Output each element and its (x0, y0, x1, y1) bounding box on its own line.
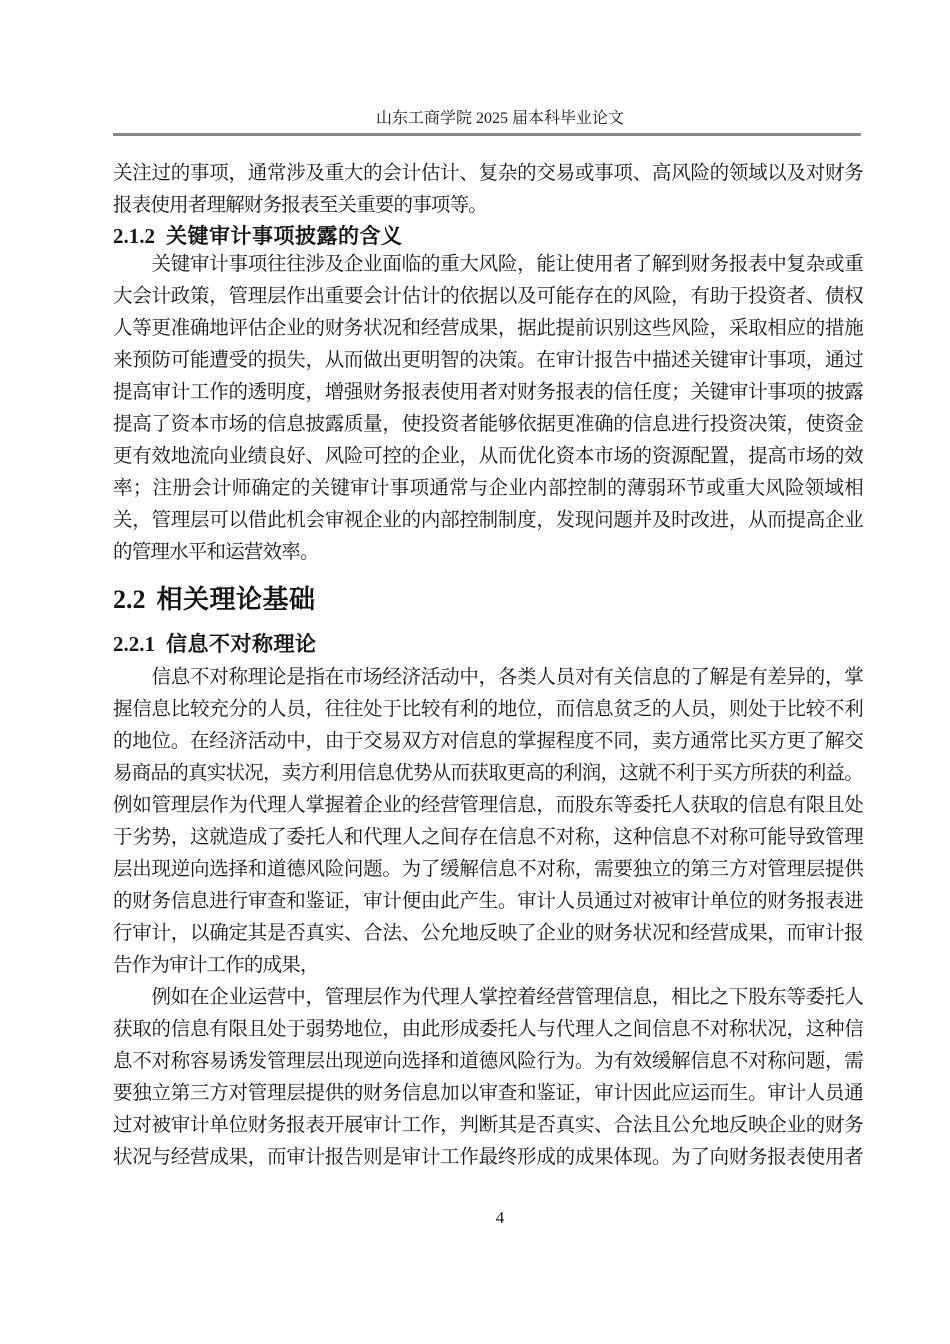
heading-2-2: 2.2相关理论基础 (113, 582, 863, 617)
text-line: 的地位。在经济活动中，由于交易双方对信息的掌握程度不同，卖方通常比买方更了解交 (113, 726, 863, 758)
text-line: 关键审计事项往往涉及企业面临的重大风险，能让使用者了解到财务报表中复杂或重 (113, 249, 863, 281)
paragraph-info-asymmetry-1: 信息不对称理论是指在市场经济活动中，各类人员对有关信息的了解是有差异的，掌握信息… (113, 662, 863, 982)
text-line: 告作为审计工作的成果， (113, 950, 863, 982)
paragraph-info-asymmetry-2: 例如在企业运营中，管理层作为代理人掌控着经营管理信息，相比之下股东等委托人获取的… (113, 982, 863, 1174)
text-line: 握信息比较充分的人员，往往处于比较有利的地位，而信息贫乏的人员，则处于比较不利 (113, 694, 863, 726)
heading-2-2-1-number: 2.2.1 (113, 632, 155, 656)
heading-2-2-1: 2.2.1信息不对称理论 (113, 630, 863, 659)
text-line: 层出现逆向选择和道德风险问题。为了缓解信息不对称，需要独立的第三方对管理层提供 (113, 854, 863, 886)
text-line: 要独立第三方对管理层提供的财务信息加以审查和鉴证，审计因此应运而生。审计人员通 (113, 1078, 863, 1110)
header-rule (113, 133, 861, 136)
text-line: 关，管理层可以借此机会审视企业的内部控制制度，发现问题并及时改进，从而提高企业 (113, 505, 863, 537)
heading-2-1-2: 2.1.2关键审计事项披露的含义 (113, 222, 863, 251)
paragraph-kam-disclosure-meaning: 关键审计事项往往涉及企业面临的重大风险，能让使用者了解到财务报表中复杂或重大会计… (113, 249, 863, 569)
text-line: 于劣势，这就造成了委托人和代理人之间存在信息不对称，这种信息不对称可能导致管理 (113, 822, 863, 854)
text-line: 例如在企业运营中，管理层作为代理人掌控着经营管理信息，相比之下股东等委托人 (113, 982, 863, 1014)
page-header-text: 山东工商学院 2025 届本科毕业论文 (0, 108, 950, 130)
text-line: 率；注册会计师确定的关键审计事项通常与企业内部控制的薄弱环节或重大风险领域相 (113, 473, 863, 505)
text-line: 例如管理层作为代理人掌握着企业的经营管理信息，而股东等委托人获取的信息有限且处 (113, 790, 863, 822)
text-line: 行审计，以确定其是否真实、合法、公允地反映了企业的财务状况和经营成果，而审计报 (113, 918, 863, 950)
heading-2-1-2-title: 关键审计事项披露的含义 (166, 225, 403, 248)
heading-2-2-title: 相关理论基础 (157, 584, 316, 614)
thesis-page: 山东工商学院 2025 届本科毕业论文 关注过的事项，通常涉及重大的会计估计、复… (0, 0, 950, 1344)
text-line: 的管理水平和运营效率。 (113, 537, 863, 569)
text-line: 息不对称容易诱发管理层出现逆向选择和道德风险行为。为有效缓解信息不对称问题，需 (113, 1046, 863, 1078)
text-line: 状况与经营成果，而审计报告则是审计工作最终形成的成果体现。为了向财务报表使用者 (113, 1142, 863, 1174)
text-line: 人等更准确地评估企业的财务状况和经营成果，据此提前识别这些风险，采取相应的措施 (113, 313, 863, 345)
text-line: 提高了资本市场的信息披露质量，使投资者能够依据更准确的信息进行投资决策，使资金 (113, 409, 863, 441)
text-line: 获取的信息有限且处于弱势地位，由此形成委托人与代理人之间信息不对称状况，这种信 (113, 1014, 863, 1046)
text-line: 提高审计工作的透明度，增强财务报表使用者对财务报表的信任度；关键审计事项的披露 (113, 377, 863, 409)
text-line: 关注过的事项，通常涉及重大的会计估计、复杂的交易或事项、高风险的领域以及对财务 (113, 158, 863, 190)
text-line: 报表使用者理解财务报表至关重要的事项等。 (113, 190, 863, 222)
heading-2-2-1-title: 信息不对称理论 (166, 633, 317, 656)
text-line: 大会计政策，管理层作出重要会计估计的依据以及可能存在的风险，有助于投资者、债权 (113, 281, 863, 313)
page-number: 4 (0, 1206, 950, 1230)
paragraph-intro-continuation: 关注过的事项，通常涉及重大的会计估计、复杂的交易或事项、高风险的领域以及对财务报… (113, 158, 863, 222)
text-line: 易商品的真实状况，卖方利用信息优势从而获取更高的利润，这就不利于买方所获的利益。 (113, 758, 863, 790)
text-line: 的财务信息进行审查和鉴证，审计便由此产生。审计人员通过对被审计单位的财务报表进 (113, 886, 863, 918)
text-line: 更有效地流向业绩良好、风险可控的企业，从而优化资本市场的资源配置，提高市场的效 (113, 441, 863, 473)
text-line: 信息不对称理论是指在市场经济活动中，各类人员对有关信息的了解是有差异的，掌 (113, 662, 863, 694)
heading-2-2-number: 2.2 (113, 585, 146, 614)
heading-2-1-2-number: 2.1.2 (113, 224, 155, 248)
text-line: 过对被审计单位财务报表开展审计工作，判断其是否真实、合法且公允地反映企业的财务 (113, 1110, 863, 1142)
text-line: 来预防可能遭受的损失，从而做出更明智的决策。在审计报告中描述关键审计事项，通过 (113, 345, 863, 377)
